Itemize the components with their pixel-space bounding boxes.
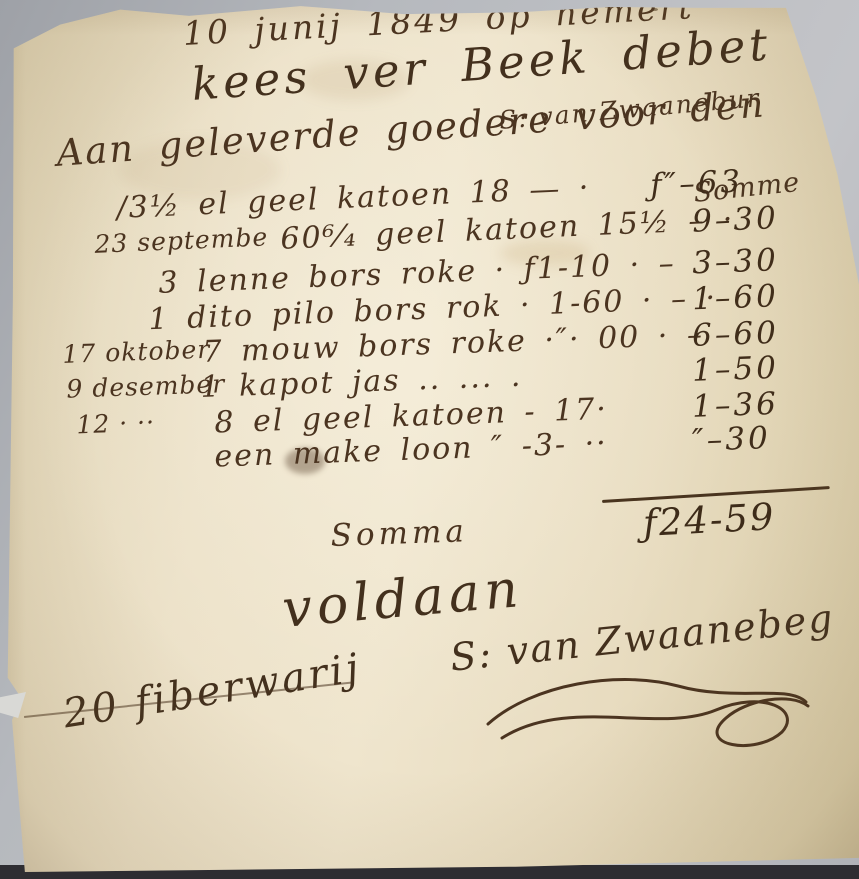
line-date: 17 oktober <box>62 335 211 369</box>
line-amount: ″–30 <box>692 420 772 459</box>
photo-of-invoice: 10 junij 1849 op hemert kees ver Beek de… <box>0 0 859 879</box>
line-amount: 1–50 <box>692 350 780 389</box>
signature-flourish-icon <box>478 662 818 762</box>
somma-label: Somma <box>330 513 468 554</box>
invoice-paper: 10 junij 1849 op hemert kees ver Beek de… <box>0 0 859 879</box>
paid-voldaan-label: voldaan <box>280 559 525 640</box>
delivered-goods-line: Aan geleverde goedere voor den <box>55 82 767 174</box>
torn-edge-speck <box>178 6 184 10</box>
bottom-left-date: 20 fiberwarij <box>60 645 365 738</box>
line-amount: 1–36 <box>692 386 780 425</box>
line-amount: 1–60 <box>691 278 779 317</box>
line-amount: 6–60 <box>692 315 780 354</box>
line-date: 12 · ·· <box>76 408 156 440</box>
line-amount: ƒ″–63 <box>649 164 743 204</box>
line-date: 23 septembe <box>94 222 269 259</box>
torn-edge-speck <box>428 3 436 7</box>
line-amount: 9–30 <box>691 200 779 240</box>
line-amount: 3–30 <box>691 242 779 281</box>
total-amount: ƒ24-59 <box>642 495 776 545</box>
